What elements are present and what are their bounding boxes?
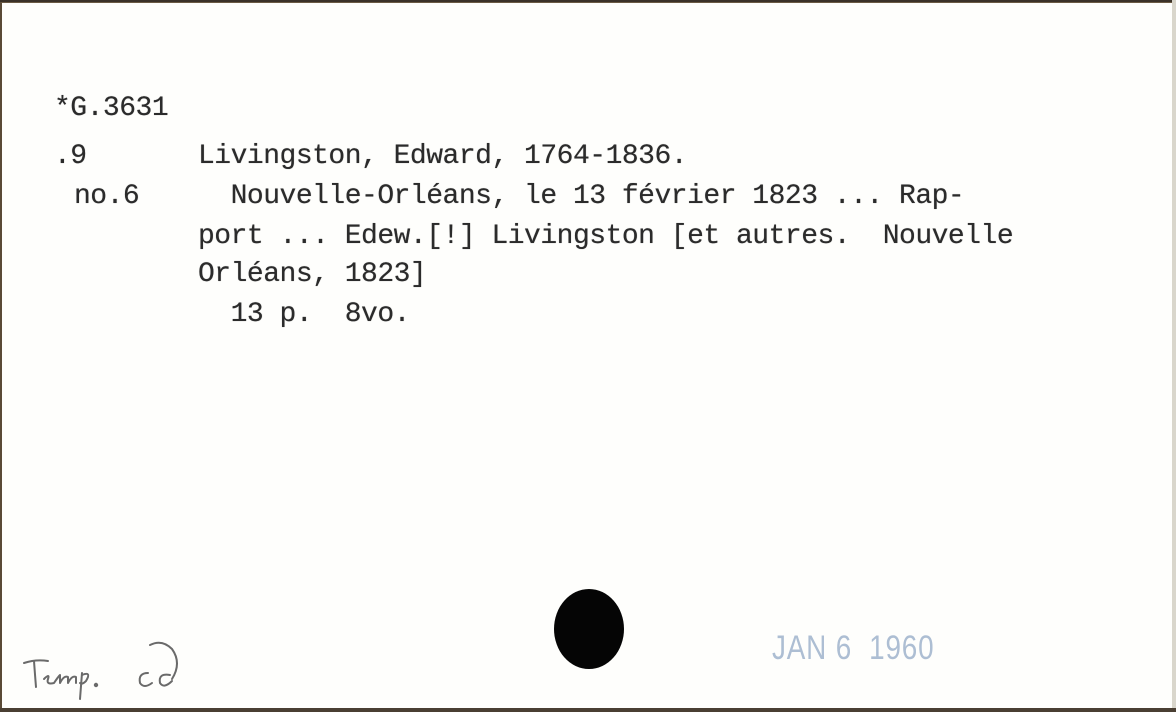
title-line-1: Nouvelle-Orléans, le 13 février 1823 ...…: [198, 183, 964, 211]
call-number-line-3: no.6: [74, 183, 139, 211]
call-number-line-2: .9: [54, 143, 87, 171]
punch-hole: [554, 589, 624, 669]
call-number-line-1: *G.3631: [54, 95, 168, 123]
collation: 13 p. 8vo.: [198, 301, 410, 329]
title-line-3: Orléans, 1823]: [198, 261, 426, 289]
catalog-card: *G.3631 .9 no.6 Livingston, Edward, 1764…: [0, 2, 1172, 708]
card-edge-bottom: [0, 708, 1176, 712]
author-heading: Livingston, Edward, 1764-1836.: [198, 143, 687, 171]
card-edge-right: [1172, 0, 1176, 712]
date-stamp: JAN 6 1960: [772, 629, 934, 668]
title-line-2: port ... Edew.[!] Livingston [et autres.…: [198, 223, 1013, 251]
handwritten-note: Temp. cd: [22, 633, 242, 703]
